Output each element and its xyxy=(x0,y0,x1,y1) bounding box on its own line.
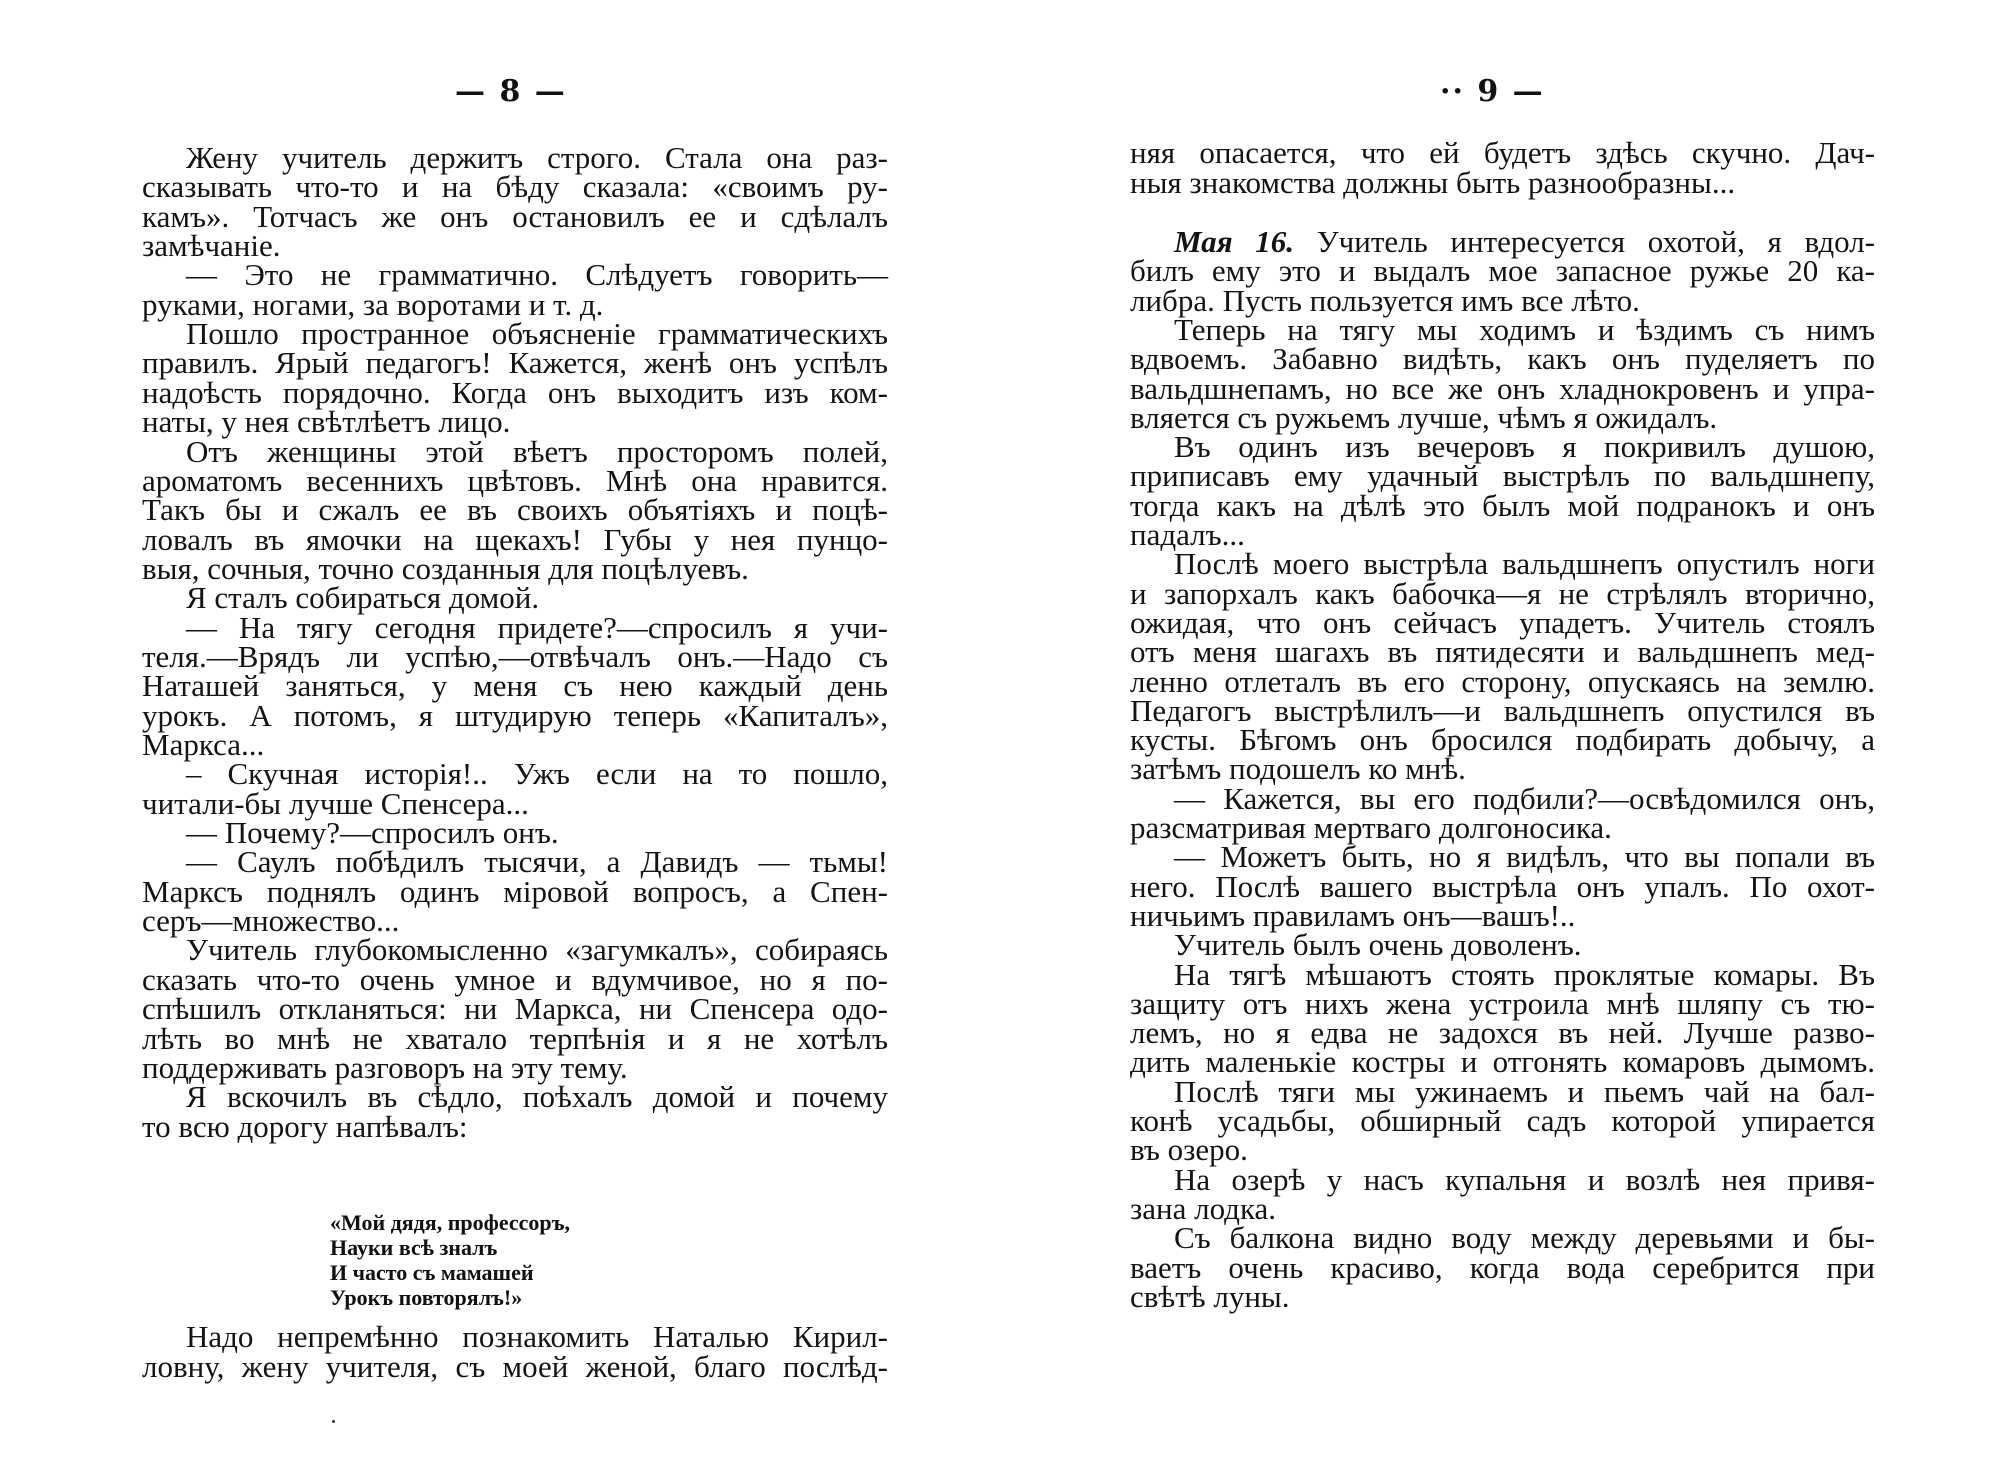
right-page: ·· 9 — няя опасается, что ей будетъ здѣс… xyxy=(1000,0,2000,1465)
ink-speck xyxy=(332,1420,335,1423)
text-line: спѣшилъ откланяться: ни Маркса, ни Спенс… xyxy=(142,994,888,1024)
text-line: Такъ бы и сжалъ ее въ своихъ объятіяхъ и… xyxy=(142,495,888,525)
text-line: Учитель глубокомысленно «загумкалъ», соб… xyxy=(186,935,888,965)
left-page: — 8 — Жену учитель держитъ строго. Стала… xyxy=(0,0,1000,1465)
text-line: дить маленькіе костры и отгонять комаров… xyxy=(1130,1047,1875,1077)
text-line: – Скучная исторія!.. Ужъ если на то пошл… xyxy=(186,759,888,789)
text-line: Послѣ моего выстрѣла вальдшнепъ опустилъ… xyxy=(1174,549,1875,579)
text-line: — Это не грамматично. Слѣдуетъ говорить— xyxy=(186,260,888,290)
text-line: Я вскочилъ въ сѣдло, поѣхалъ домой и поч… xyxy=(186,1082,888,1112)
text-line: — Саулъ побѣдилъ тысячи, а Давидъ — тьмы… xyxy=(186,847,888,877)
text-line: На озерѣ у насъ купальня и возлѣ нея при… xyxy=(1174,1165,1875,1195)
text-line: ваетъ очень красиво, когда вода серебрит… xyxy=(1130,1253,1875,1283)
page-number-left: — 8 — xyxy=(455,74,567,109)
verse-line: Урокъ повторялъ!» xyxy=(330,1285,522,1310)
text-line: вальдшнепамъ, но все же онъ хладнокровен… xyxy=(1130,374,1875,404)
text-line: то всю дорогу напѣвалъ: xyxy=(142,1112,468,1142)
text-line: билъ ему это и выдалъ мое запасное ружье… xyxy=(1130,256,1875,286)
text-line: Отъ женщины этой вѣетъ просторомъ полей, xyxy=(186,437,888,467)
verse-line: «Мой дядя, профессоръ, xyxy=(330,1210,570,1235)
text-line: вдвоемъ. Забавно видѣть, какъ онъ пуделя… xyxy=(1130,344,1875,374)
text-line: Съ балкона видно воду между деревьями и … xyxy=(1174,1223,1875,1253)
text-line: затѣмъ подошелъ ко мнѣ. xyxy=(1130,754,1466,784)
text-line: — Можетъ быть, но я видѣлъ, что вы попал… xyxy=(1174,842,1875,872)
text-line: ныя знакомства должны быть разнообразны.… xyxy=(1130,168,1735,198)
text-line: въ озеро. xyxy=(1130,1135,1248,1165)
text-line: ловну, жену учителя, съ моей женой, благ… xyxy=(142,1352,888,1382)
verse-line: И часто съ мамашей xyxy=(330,1260,534,1285)
text-line: Я сталъ собираться домой. xyxy=(186,583,539,613)
text-line: правилъ. Ярый педагогъ! Кажется, женѣ он… xyxy=(142,348,888,378)
text-line: Учитель былъ очень доволенъ. xyxy=(1174,930,1582,960)
text-line: ленно отлеталъ въ его сторону, опускаясь… xyxy=(1130,667,1875,697)
text-line: сказывать что-то и на бѣду сказала: «сво… xyxy=(142,172,888,202)
page-number-right: ·· 9 — xyxy=(1440,74,1545,109)
text-line: отъ меня шагахъ въ пятидесяти и вальдшне… xyxy=(1130,637,1875,667)
text-line: Надо непремѣнно познакомить Наталью Кири… xyxy=(186,1322,888,1352)
text-line: наты, у нея свѣтлѣетъ лицо. xyxy=(142,407,510,437)
text-line: няя опасается, что ей будетъ здѣсь скучн… xyxy=(1130,138,1875,168)
text-line: На тягѣ мѣшаютъ стоять проклятые комары.… xyxy=(1174,960,1875,990)
text-line: лѣть во мнѣ не хватало терпѣнія и я не х… xyxy=(142,1024,888,1054)
verse-line: Науки всѣ зналъ xyxy=(330,1235,497,1260)
text-line: свѣтѣ луны. xyxy=(1130,1282,1290,1312)
text-line: Наташей заняться, у меня съ нею каждый д… xyxy=(142,671,888,701)
text-line: приписавъ ему удачный выстрѣлъ по вальдш… xyxy=(1130,461,1875,491)
